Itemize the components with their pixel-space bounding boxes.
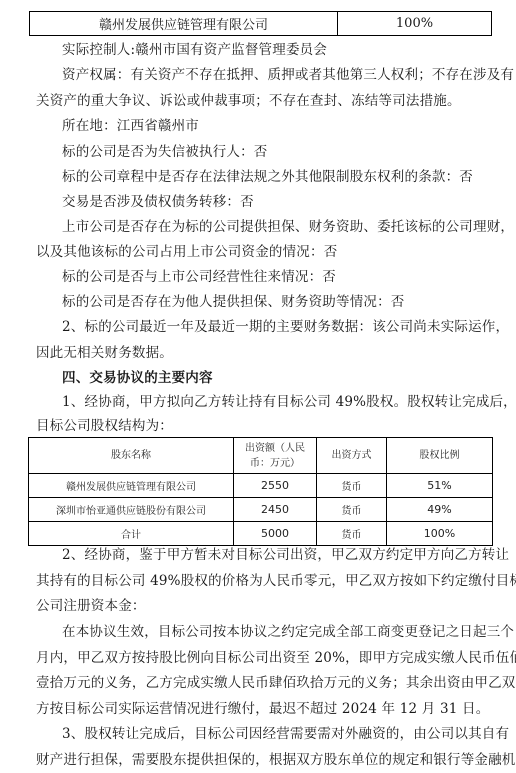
others-guarantee: 标的公司是否存在为他人提供担保、财务资助等情况：否 (36, 290, 516, 315)
total-method: 货币 (317, 522, 387, 546)
clause2b-line1: 在本协议生效，目标公司按本协议之约定完成全部工商变更登记之日起三个 (36, 620, 516, 645)
total-ratio: 100% (387, 522, 493, 546)
dishonest-debtor: 标的公司是否为失信被执行人：否 (36, 140, 516, 165)
controlling-shareholder-table: 赣州发展供应链管理有限公司 100% (29, 11, 492, 36)
header-equity-ratio: 股权比例 (387, 438, 493, 474)
equity-ratio: 49% (387, 498, 493, 522)
articles-restriction: 标的公司章程中是否存在法律法规之外其他限制股东权利的条款：否 (36, 165, 516, 190)
actual-controller: 实际控制人:赣州市国有资产监督管理委员会 (36, 38, 516, 63)
clause2-line3: 公司注册资本金： (36, 594, 494, 619)
header-capital-amount: 出资额（人民 币：万元） (234, 438, 317, 474)
clause2-line1: 2、经协商，鉴于甲方暂未对目标公司出资，甲乙双方约定甲方向乙方转让 (36, 543, 516, 568)
operating-dealings: 标的公司是否与上市公司经营性往来情况：否 (36, 265, 516, 290)
capital-amount: 2450 (234, 498, 317, 522)
clause2b-line4: 方按目标公司实际运营情况进行缴付，最迟不超过 2024 年 12 月 31 日。 (36, 697, 494, 722)
header-contribution-method: 出资方式 (317, 438, 387, 474)
table-total-row: 合计 5000 货币 100% (29, 522, 493, 546)
header-amount-line2: 币：万元） (234, 456, 316, 471)
shareholder-name: 深圳市怡亚通供应链股份有限公司 (29, 498, 234, 522)
total-label: 合计 (29, 522, 234, 546)
table-row: 深圳市怡亚通供应链股份有限公司 2450 货币 49% (29, 498, 493, 522)
asset-ownership-line1: 资产权属：有关资产不存在抵押、质押或者其他第三人权利；不存在涉及有 (36, 63, 516, 88)
total-amount: 5000 (234, 522, 317, 546)
header-shareholder-name: 股东名称 (29, 438, 234, 474)
asset-ownership-line2: 关资产的重大争议、诉讼或仲裁事项；不存在查封、冻结等司法措施。 (36, 89, 494, 114)
clause3-line1: 3、股权转让完成后，目标公司因经营需要需对外融资的，由公司以其自有 (36, 722, 516, 747)
clause2b-line2: 月内，甲乙双方按持股比例向目标公司出资至 20%，即甲方完成实缴人民币伍佰 (36, 646, 494, 671)
contribution-method: 货币 (317, 498, 387, 522)
guarantee-line2: 以及其他该标的公司占用上市公司资金的情况：否 (36, 240, 494, 265)
header-amount-line1: 出资额（人民 (234, 441, 316, 456)
table-row: 赣州发展供应链管理有限公司 2550 货币 51% (29, 474, 493, 498)
document-page: 赣州发展供应链管理有限公司 100% 实际控制人:赣州市国有资产监督管理委员会 … (0, 0, 516, 773)
clause1-line2: 目标公司股权结构为： (36, 414, 494, 439)
ratio-cell: 100% (338, 12, 492, 36)
clause2-line2: 其持有的目标公司 49%股权的价格为人民币零元，甲乙双方按如下约定缴付目标 (36, 569, 494, 594)
financial-data-line2: 因此无相关财务数据。 (36, 341, 494, 366)
clause2b-line3: 壹拾万元的义务，乙方完成实缴人民币肆佰玖拾万元的义务；其余出资由甲乙双 (36, 671, 494, 696)
location: 所在地：江西省赣州市 (36, 114, 516, 139)
capital-amount: 2550 (234, 474, 317, 498)
equity-structure-table: 股东名称 出资额（人民 币：万元） 出资方式 股权比例 赣州发展供应链管理有限公… (28, 437, 493, 546)
table-header-row: 股东名称 出资额（人民 币：万元） 出资方式 股权比例 (29, 438, 493, 474)
shareholder-name: 赣州发展供应链管理有限公司 (29, 474, 234, 498)
clause3-line2: 财产进行担保，需要股东提供担保的，根据双方股东单位的规定和银行等金融机 (36, 748, 494, 773)
debt-transfer: 交易是否涉及债权债务转移：否 (36, 190, 516, 215)
equity-ratio: 51% (387, 474, 493, 498)
section-heading: 四、交易协议的主要内容 (36, 366, 516, 391)
financial-data-line1: 2、标的公司最近一年及最近一期的主要财务数据：该公司尚未实际运作， (36, 315, 516, 340)
clause1-line1: 1、经协商，甲方拟向乙方转让持有目标公司 49%股权。股权转让完成后， (36, 390, 516, 415)
guarantee-line1: 上市公司是否存在为标的公司提供担保、财务资助、委托该标的公司理财， (36, 215, 516, 240)
contribution-method: 货币 (317, 474, 387, 498)
shareholder-cell: 赣州发展供应链管理有限公司 (30, 12, 338, 36)
table-row: 赣州发展供应链管理有限公司 100% (30, 12, 492, 36)
